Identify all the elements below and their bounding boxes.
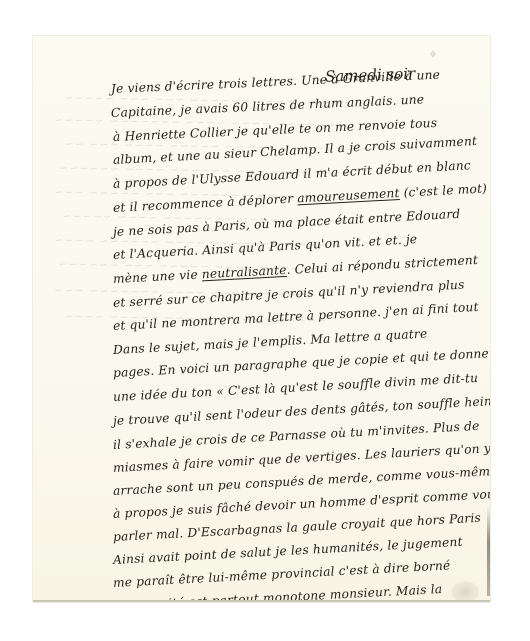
ghost-page-number: ♦ bbox=[428, 48, 438, 61]
letter-page: ♦ ~~ ~~~ ~~~~~~ ~~~~~~ ~~~ ~~~ ~~~~~ ~~~… bbox=[33, 36, 490, 602]
page-edge-shadow bbox=[487, 506, 490, 596]
letter-line-2: Capitaine, je avais 60 litres de rhum an… bbox=[111, 92, 425, 120]
scan-background: ♦ ~~ ~~~ ~~~~~~ ~~~~~~ ~~~ ~~~ ~~~~~ ~~~… bbox=[0, 0, 530, 641]
page-bottom-edge bbox=[33, 600, 490, 602]
paper-stain bbox=[451, 581, 479, 602]
letter-line-1: Je viens d'écrire trois lettres. Une à G… bbox=[111, 68, 441, 96]
